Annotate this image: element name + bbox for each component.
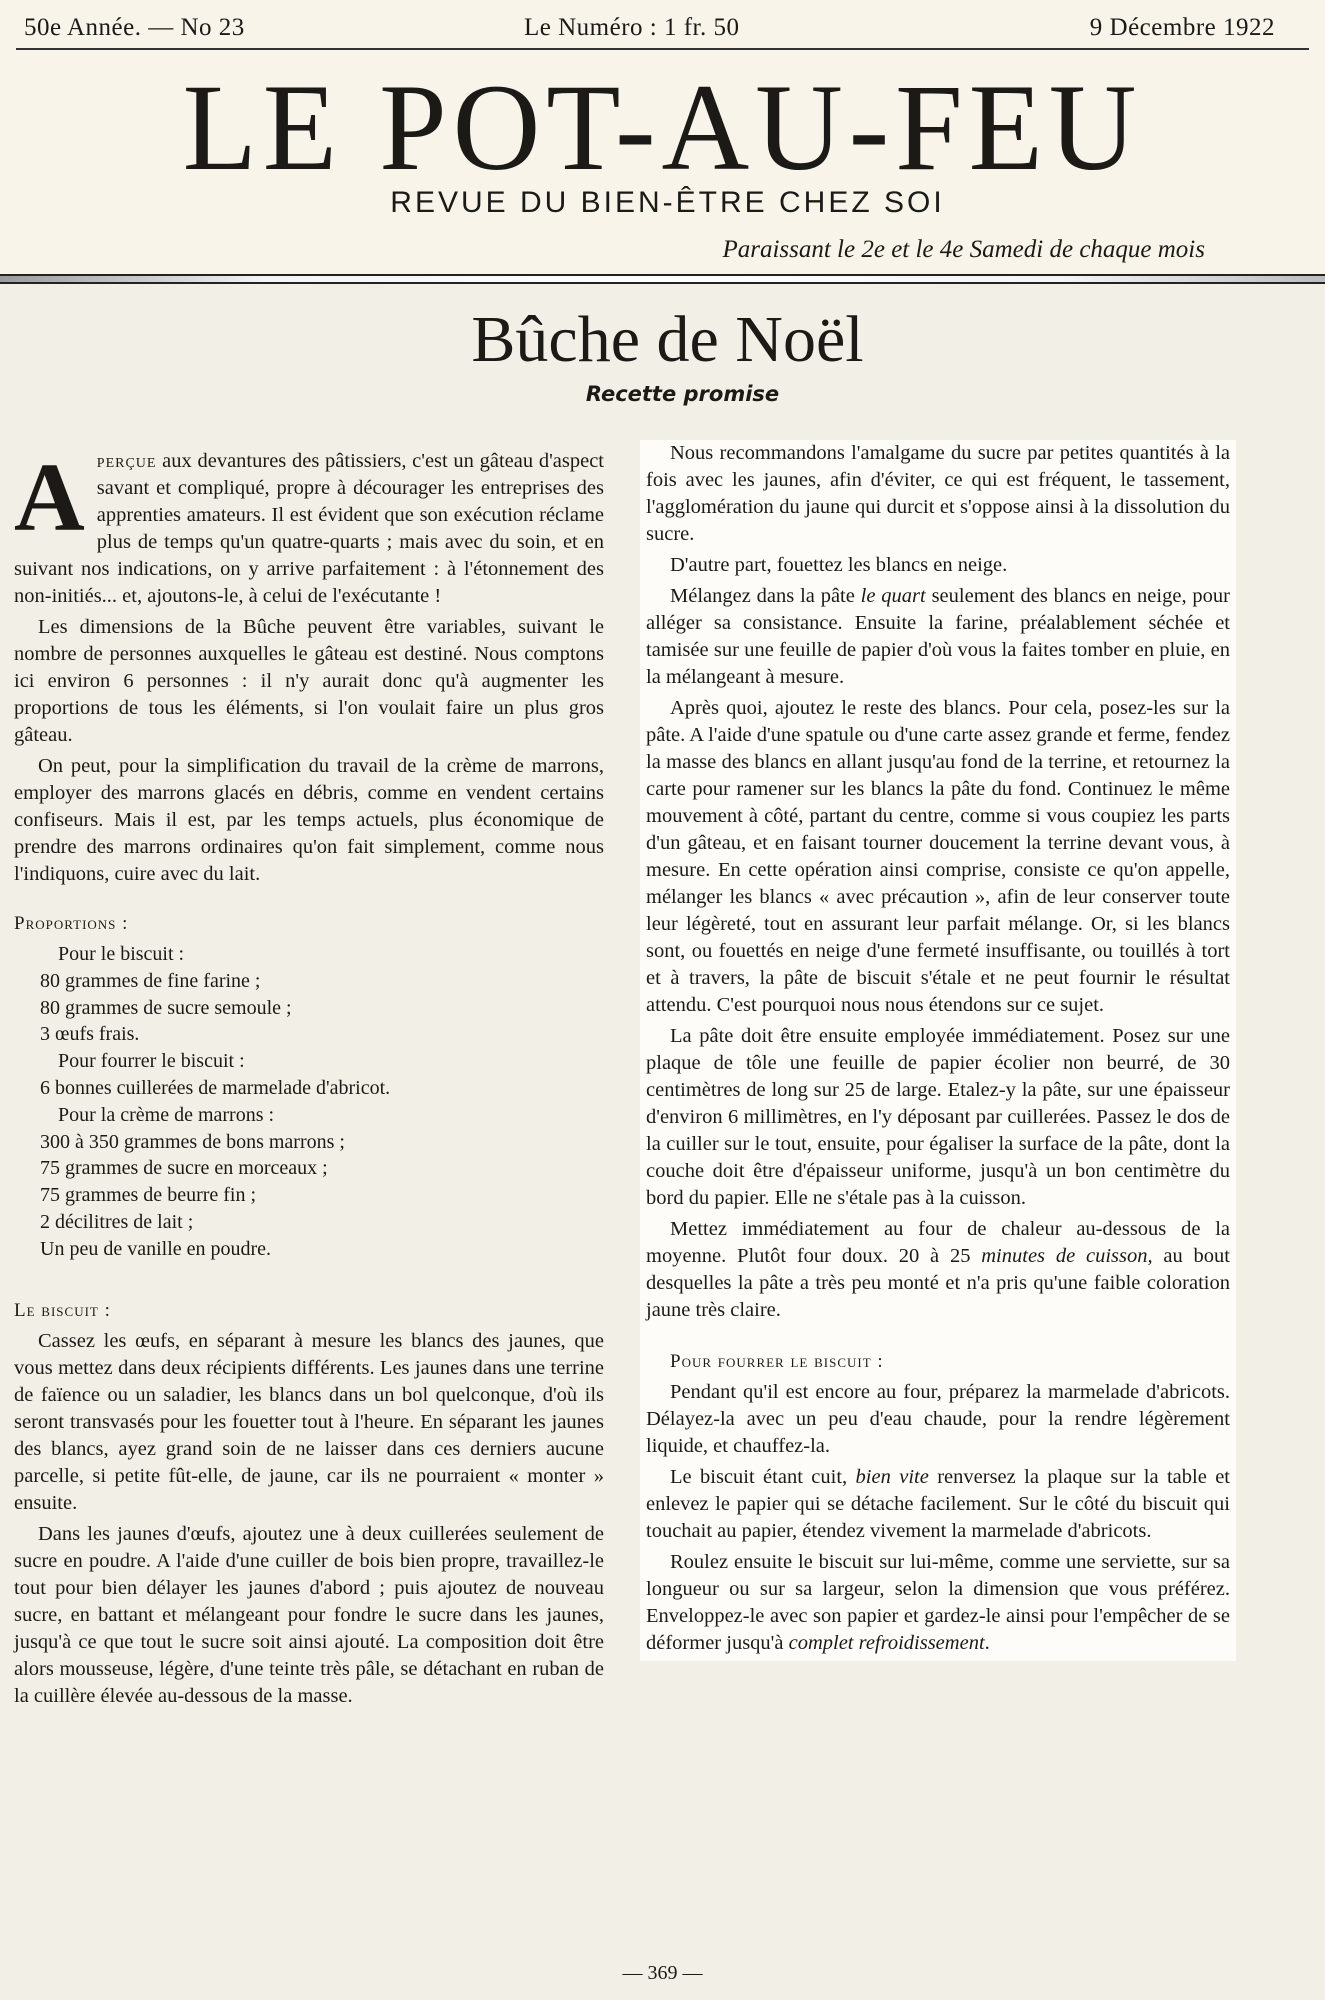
- emphasis-text: minutes de cuisson,: [981, 1245, 1152, 1267]
- section-heading-proportions: Proportions :: [14, 910, 604, 937]
- publication-title: LE POT-AU-FEU: [13, 68, 1312, 188]
- paragraph-text: La pâte doit être ensuite employée imméd…: [646, 1025, 1230, 1209]
- paragraph-text: Pendant qu'il est encore au four, prépar…: [646, 1381, 1230, 1457]
- page-number: — 369 —: [0, 1962, 1325, 1985]
- ingredient-item: 75 grammes de sucre en morceaux ;: [40, 1155, 604, 1182]
- body-paragraph: Cassez les œufs, en séparant à mesure le…: [14, 1328, 604, 1517]
- paragraph-text: Le biscuit étant cuit,: [670, 1466, 856, 1488]
- ingredient-item: 80 grammes de fine farine ;: [40, 968, 604, 995]
- issue-date: 9 Décembre 1922: [1090, 14, 1275, 42]
- section-heading-biscuit: Le biscuit :: [14, 1297, 604, 1324]
- right-paragraphs: Nous recommandons l'amalgame du sucre pa…: [646, 440, 1230, 1324]
- body-paragraph: On peut, pour la simplification du trava…: [14, 753, 604, 888]
- ingredient-item: 2 décilitres de lait ;: [40, 1209, 604, 1236]
- ingredient-item: 300 à 350 grammes de bons marrons ;: [40, 1129, 604, 1156]
- issue-number: 50e Année. — No 23: [24, 14, 245, 42]
- ingredient-item: Pour le biscuit :: [40, 941, 604, 968]
- fourrer-paragraphs: Pendant qu'il est encore au four, prépar…: [646, 1379, 1230, 1657]
- body-paragraph: Roulez ensuite le biscuit sur lui-même, …: [646, 1549, 1230, 1657]
- right-column: Nous recommandons l'amalgame du sucre pa…: [640, 440, 1236, 1661]
- body-paragraph: D'autre part, fouettez les blancs en nei…: [646, 552, 1230, 579]
- publication-tagline: REVUE DU BIEN-ÊTRE CHEZ SOI: [0, 186, 1325, 220]
- emphasis-text: le quart: [861, 585, 926, 607]
- body-paragraph: Pendant qu'il est encore au four, prépar…: [646, 1379, 1230, 1460]
- issue-line: 50e Année. — No 23 Le Numéro : 1 fr. 50 …: [0, 14, 1325, 48]
- body-paragraph: Dans les jaunes d'œufs, ajoutez une à de…: [14, 1521, 604, 1710]
- ingredient-list: Pour le biscuit :80 grammes de fine fari…: [40, 941, 604, 1263]
- article-title: Bûche de Noël: [0, 300, 1325, 380]
- ingredient-item: 75 grammes de beurre fin ;: [40, 1182, 604, 1209]
- ingredient-item: 6 bonnes cuillerées de marmelade d'abric…: [40, 1075, 604, 1102]
- body-paragraph: Nous recommandons l'amalgame du sucre pa…: [646, 440, 1230, 548]
- publication-schedule: Paraissant le 2e et le 4e Samedi de chaq…: [722, 236, 1205, 264]
- intro-text: aux devantures des pâtissiers, c'est un …: [14, 450, 604, 607]
- paragraph-text: Nous recommandons l'amalgame du sucre pa…: [646, 442, 1230, 545]
- drop-cap: A: [14, 456, 85, 540]
- body-paragraph: Mélangez dans la pâte le quart seulement…: [646, 583, 1230, 691]
- body-paragraph: Les dimensions de la Bûche peuvent être …: [14, 614, 604, 749]
- lead-smallcaps: perçue: [97, 450, 157, 472]
- body-paragraph: Mettez immédiatement au four de chaleur …: [646, 1216, 1230, 1324]
- ingredient-item: Pour la crème de marrons :: [40, 1102, 604, 1129]
- paragraph-text: Après quoi, ajoutez le reste des blancs.…: [646, 697, 1230, 1016]
- emphasis-text: complet refroidissement: [789, 1632, 985, 1654]
- article-subtitle: Recette promise: [0, 382, 1325, 406]
- ingredient-item: Pour fourrer le biscuit :: [40, 1048, 604, 1075]
- masthead-divider: [0, 274, 1325, 284]
- body-paragraph: Le biscuit étant cuit, bien vite renvers…: [646, 1464, 1230, 1545]
- paragraph-text: D'autre part, fouettez les blancs en nei…: [670, 554, 1007, 576]
- left-column: Aperçue aux devantures des pâtissiers, c…: [14, 448, 604, 1714]
- body-paragraph: Après quoi, ajoutez le reste des blancs.…: [646, 695, 1230, 1019]
- ingredient-item: Un peu de vanille en poudre.: [40, 1236, 604, 1263]
- body-paragraph: La pâte doit être ensuite employée imméd…: [646, 1023, 1230, 1212]
- emphasis-text: bien vite: [856, 1466, 929, 1488]
- ingredient-item: 3 œufs frais.: [40, 1021, 604, 1048]
- ingredient-item: 80 grammes de sucre semoule ;: [40, 995, 604, 1022]
- section-heading-fourrer: Pour fourrer le biscuit :: [646, 1348, 1230, 1375]
- paragraph-text: .: [985, 1632, 990, 1654]
- masthead: 50e Année. — No 23 Le Numéro : 1 fr. 50 …: [0, 0, 1325, 275]
- divider: [16, 48, 1309, 50]
- paragraph-text: Mélangez dans la pâte: [670, 585, 861, 607]
- issue-price: Le Numéro : 1 fr. 50: [524, 14, 740, 42]
- intro-paragraph: Aperçue aux devantures des pâtissiers, c…: [14, 448, 604, 610]
